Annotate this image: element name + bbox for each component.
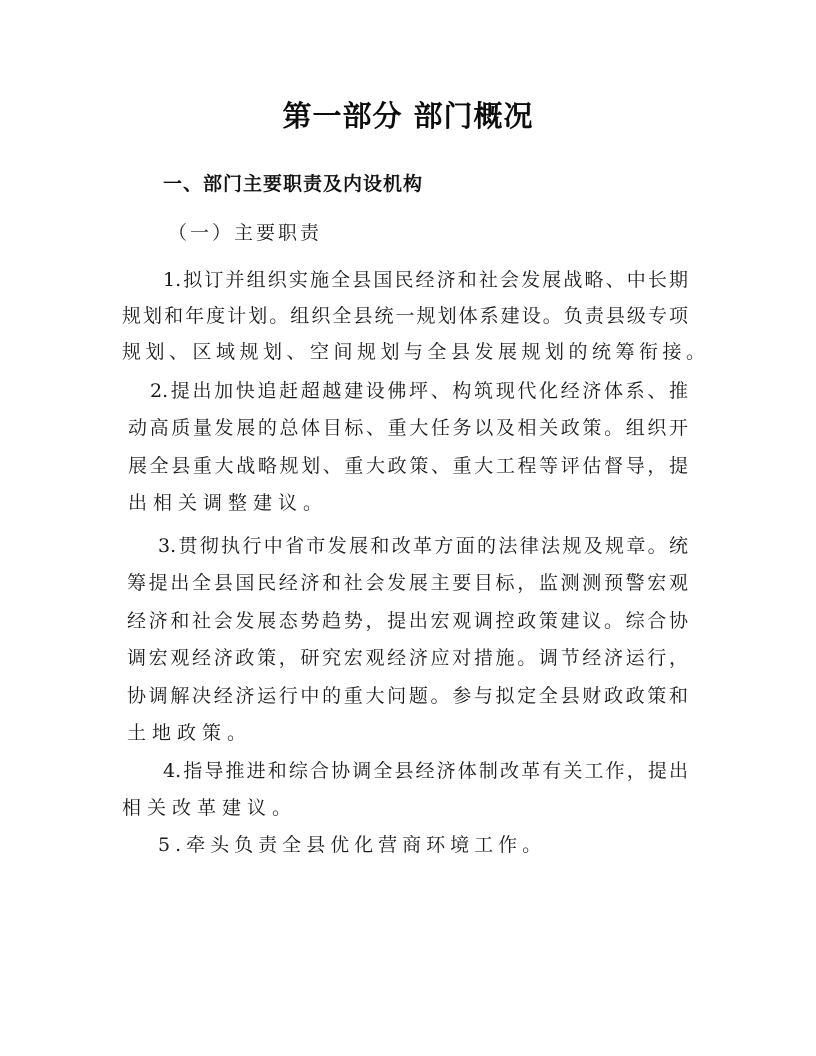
paragraph-line: 出相关调整建议。 bbox=[128, 490, 688, 516]
paragraph-line: 规划和年度计划。组织全县统一规划体系建设。负责县级专项 bbox=[122, 303, 688, 329]
paragraph-line: 2.提出加快追赶超越建设佛坪、构筑现代化经济体系、推 bbox=[150, 378, 688, 404]
document-page: 第一部分 部门概况 一、部门主要职责及内设机构 （一）主要职责 1.拟订并组织实… bbox=[0, 0, 816, 1056]
paragraph-line: 动高质量发展的总体目标、重大任务以及相关政策。组织开 bbox=[128, 415, 688, 441]
paragraph-line: 展全县重大战略规划、重大政策、重大工程等评估督导，提 bbox=[128, 453, 688, 479]
paragraph-line: 土地政策。 bbox=[127, 720, 688, 746]
paragraph-line: 3.贯彻执行中省市发展和改革方面的法律法规及规章。统 bbox=[158, 533, 688, 559]
paragraph-line: 规划、区域规划、空间规划与全县发展规划的统筹衔接。 bbox=[122, 339, 688, 365]
paragraph-line: 1.拟订并组织实施全县国民经济和社会发展战略、中长期 bbox=[163, 267, 688, 293]
paragraph-line: 4.指导推进和综合协调全县经济体制改革有关工作，提出 bbox=[163, 758, 688, 784]
paragraph-line: 调宏观经济政策，研究宏观经济应对措施。调节经济运行， bbox=[127, 645, 688, 671]
paragraph-line: 5.牵头负责全县优化营商环境工作。 bbox=[158, 832, 688, 858]
sub-heading: （一）主要职责 bbox=[168, 219, 322, 247]
paragraph-line: 筹提出全县国民经济和社会发展主要目标，监测测预警宏观 bbox=[127, 570, 688, 596]
paragraph-line: 相关改革建议。 bbox=[122, 795, 688, 821]
paragraph-line: 经济和社会发展态势趋势，提出宏观调控政策建议。综合协 bbox=[127, 608, 688, 634]
section-heading: 一、部门主要职责及内设机构 bbox=[163, 170, 423, 198]
paragraph-line: 协调解决经济运行中的重大问题。参与拟定全县财政政策和 bbox=[127, 683, 688, 709]
page-title: 第一部分 部门概况 bbox=[0, 96, 816, 136]
